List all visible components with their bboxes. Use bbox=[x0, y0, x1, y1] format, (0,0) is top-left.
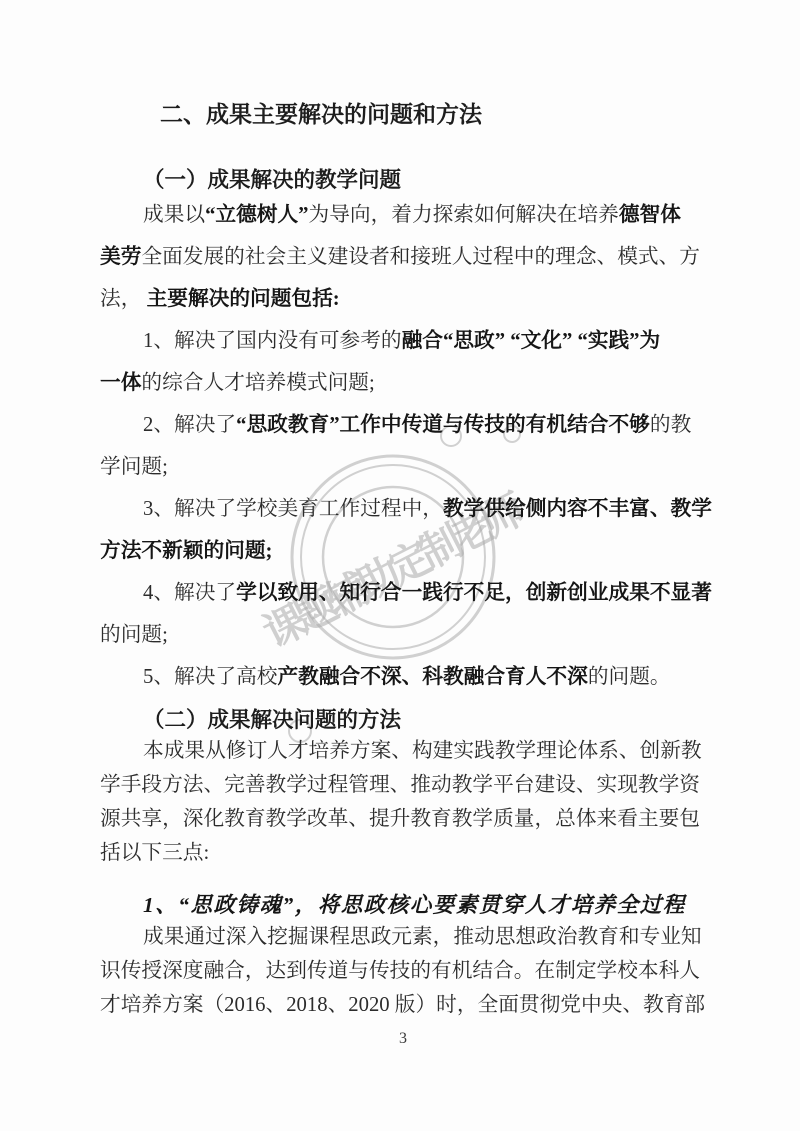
text-segment-bold: 教学供给侧内容不丰富、教学 bbox=[443, 498, 712, 520]
text-segment: 的教 bbox=[650, 414, 691, 436]
text-segment: 学手段方法、完善教学过程管理、推动教学平台建设、实现教学资 bbox=[100, 774, 700, 796]
doc-content: 二、成果主要解决的问题和方法 （一）成果解决的教学问题成果以“立德树人”为导向，… bbox=[100, 0, 740, 1048]
text-segment-bold: 美劳 bbox=[100, 246, 141, 268]
text-segment: 的问题。 bbox=[588, 666, 671, 688]
text-segment-bold: “思政教育”工作中传道与传技的有机结合不够 bbox=[236, 414, 650, 436]
text-segment-bold: （一）成果解决的教学问题 bbox=[143, 168, 401, 192]
text-segment: 括以下三点: bbox=[100, 842, 209, 864]
text-segment: 识传授深度融合，达到传道与传技的有机结合。在制定学校本科人 bbox=[100, 960, 700, 982]
text-line: 学手段方法、完善教学过程管理、推动教学平台建设、实现教学资 bbox=[100, 768, 740, 802]
doc-title: 二、成果主要解决的问题和方法 bbox=[100, 0, 740, 128]
text-segment: 1、解决了国内没有可参考的 bbox=[143, 330, 402, 352]
text-line: 成果以“立德树人”为导向，着力探索如何解决在培养德智体 bbox=[100, 194, 740, 236]
text-segment: 成果通过深入挖掘课程思政元素，推动思想政治教育和专业知 bbox=[143, 926, 702, 948]
text-segment: 学问题; bbox=[100, 456, 168, 478]
text-segment-bold: “立德树人” bbox=[205, 204, 308, 226]
text-line: 的问题; bbox=[100, 614, 740, 656]
section-heading: （一）成果解决的教学问题 bbox=[100, 166, 740, 194]
text-segment: 源共享，深化教育教学改革、提升教育教学质量，总体来看主要包 bbox=[100, 808, 700, 830]
text-line: 1、解决了国内没有可参考的融合“思政” “文化” “实践”为 bbox=[100, 320, 740, 362]
text-segment: 2、解决了 bbox=[143, 414, 236, 436]
section-heading: （二）成果解决问题的方法 bbox=[100, 706, 740, 734]
text-line: 5、解决了高校产教融合不深、科教融合育人不深的问题。 bbox=[100, 656, 740, 698]
text-segment: 才培养方案（2016、2018、2020 版）时，全面贯彻党中央、教育部 bbox=[100, 994, 705, 1016]
text-segment: 3、解决了学校美育工作过程中， bbox=[143, 498, 443, 520]
page-number: 3 bbox=[100, 1030, 706, 1048]
text-line: 方法不新颖的问题; bbox=[100, 530, 740, 572]
text-segment: 的问题; bbox=[100, 624, 168, 646]
text-line: 美劳全面发展的社会主义建设者和接班人过程中的理念、模式、方 bbox=[100, 236, 740, 278]
doc-body: （一）成果解决的教学问题成果以“立德树人”为导向，着力探索如何解决在培养德智体美… bbox=[100, 166, 740, 1022]
text-line: 才培养方案（2016、2018、2020 版）时，全面贯彻党中央、教育部 bbox=[100, 988, 740, 1022]
text-segment: 的综合人才培养模式问题; bbox=[141, 372, 374, 394]
text-segment: 5、解决了高校 bbox=[143, 666, 277, 688]
text-line: 成果通过深入挖掘课程思政元素，推动思想政治教育和专业知 bbox=[100, 920, 740, 954]
text-segment-bold: 产教融合不深、科教融合育人不深 bbox=[277, 666, 587, 688]
text-line: 3、解决了学校美育工作过程中，教学供给侧内容不丰富、教学 bbox=[100, 488, 740, 530]
text-segment: 本成果从修订人才培养方案、构建实践教学理论体系、创新教 bbox=[143, 740, 702, 762]
doc-page: 课题辅助定制老师 二、成果主要解决的问题和方法 （一）成果解决的教学问题成果以“… bbox=[0, 0, 800, 1131]
sub-heading: 1、“思政铸魂”，将思政核心要素贯穿人才培养全过程 bbox=[100, 890, 740, 920]
text-line: 一体的综合人才培养模式问题; bbox=[100, 362, 740, 404]
text-segment: 4、解决了 bbox=[143, 582, 236, 604]
text-line: 法， 主要解决的问题包括: bbox=[100, 278, 740, 320]
text-segment: 成果以 bbox=[143, 204, 205, 226]
text-segment-bold: 方法不新颖的问题; bbox=[100, 540, 272, 562]
text-segment: 为导向，着力探索如何解决在培养 bbox=[309, 204, 619, 226]
text-segment-bold: （二）成果解决问题的方法 bbox=[143, 708, 401, 732]
text-segment-bold: 主要解决的问题包括: bbox=[147, 288, 340, 310]
text-line: 4、解决了学以致用、知行合一践行不足，创新创业成果不显著 bbox=[100, 572, 740, 614]
text-line: 学问题; bbox=[100, 446, 740, 488]
text-segment: 法， bbox=[100, 288, 147, 310]
text-line: 括以下三点: bbox=[100, 836, 740, 870]
text-segment-bold: 德智体 bbox=[619, 204, 681, 226]
text-line: 源共享，深化教育教学改革、提升教育教学质量，总体来看主要包 bbox=[100, 802, 740, 836]
text-segment-bold: 一体 bbox=[100, 372, 141, 394]
text-segment-bold: 学以致用、知行合一践行不足，创新创业成果不显著 bbox=[236, 582, 712, 604]
text-segment-bold: 1、“思政铸魂”，将思政核心要素贯穿人才培养全过程 bbox=[143, 893, 686, 917]
text-line: 2、解决了“思政教育”工作中传道与传技的有机结合不够的教 bbox=[100, 404, 740, 446]
text-line: 识传授深度融合，达到传道与传技的有机结合。在制定学校本科人 bbox=[100, 954, 740, 988]
text-segment: 全面发展的社会主义建设者和接班人过程中的理念、模式、方 bbox=[141, 246, 700, 268]
text-segment-bold: 融合“思政” “文化” “实践”为 bbox=[402, 330, 661, 352]
text-line: 本成果从修订人才培养方案、构建实践教学理论体系、创新教 bbox=[100, 734, 740, 768]
